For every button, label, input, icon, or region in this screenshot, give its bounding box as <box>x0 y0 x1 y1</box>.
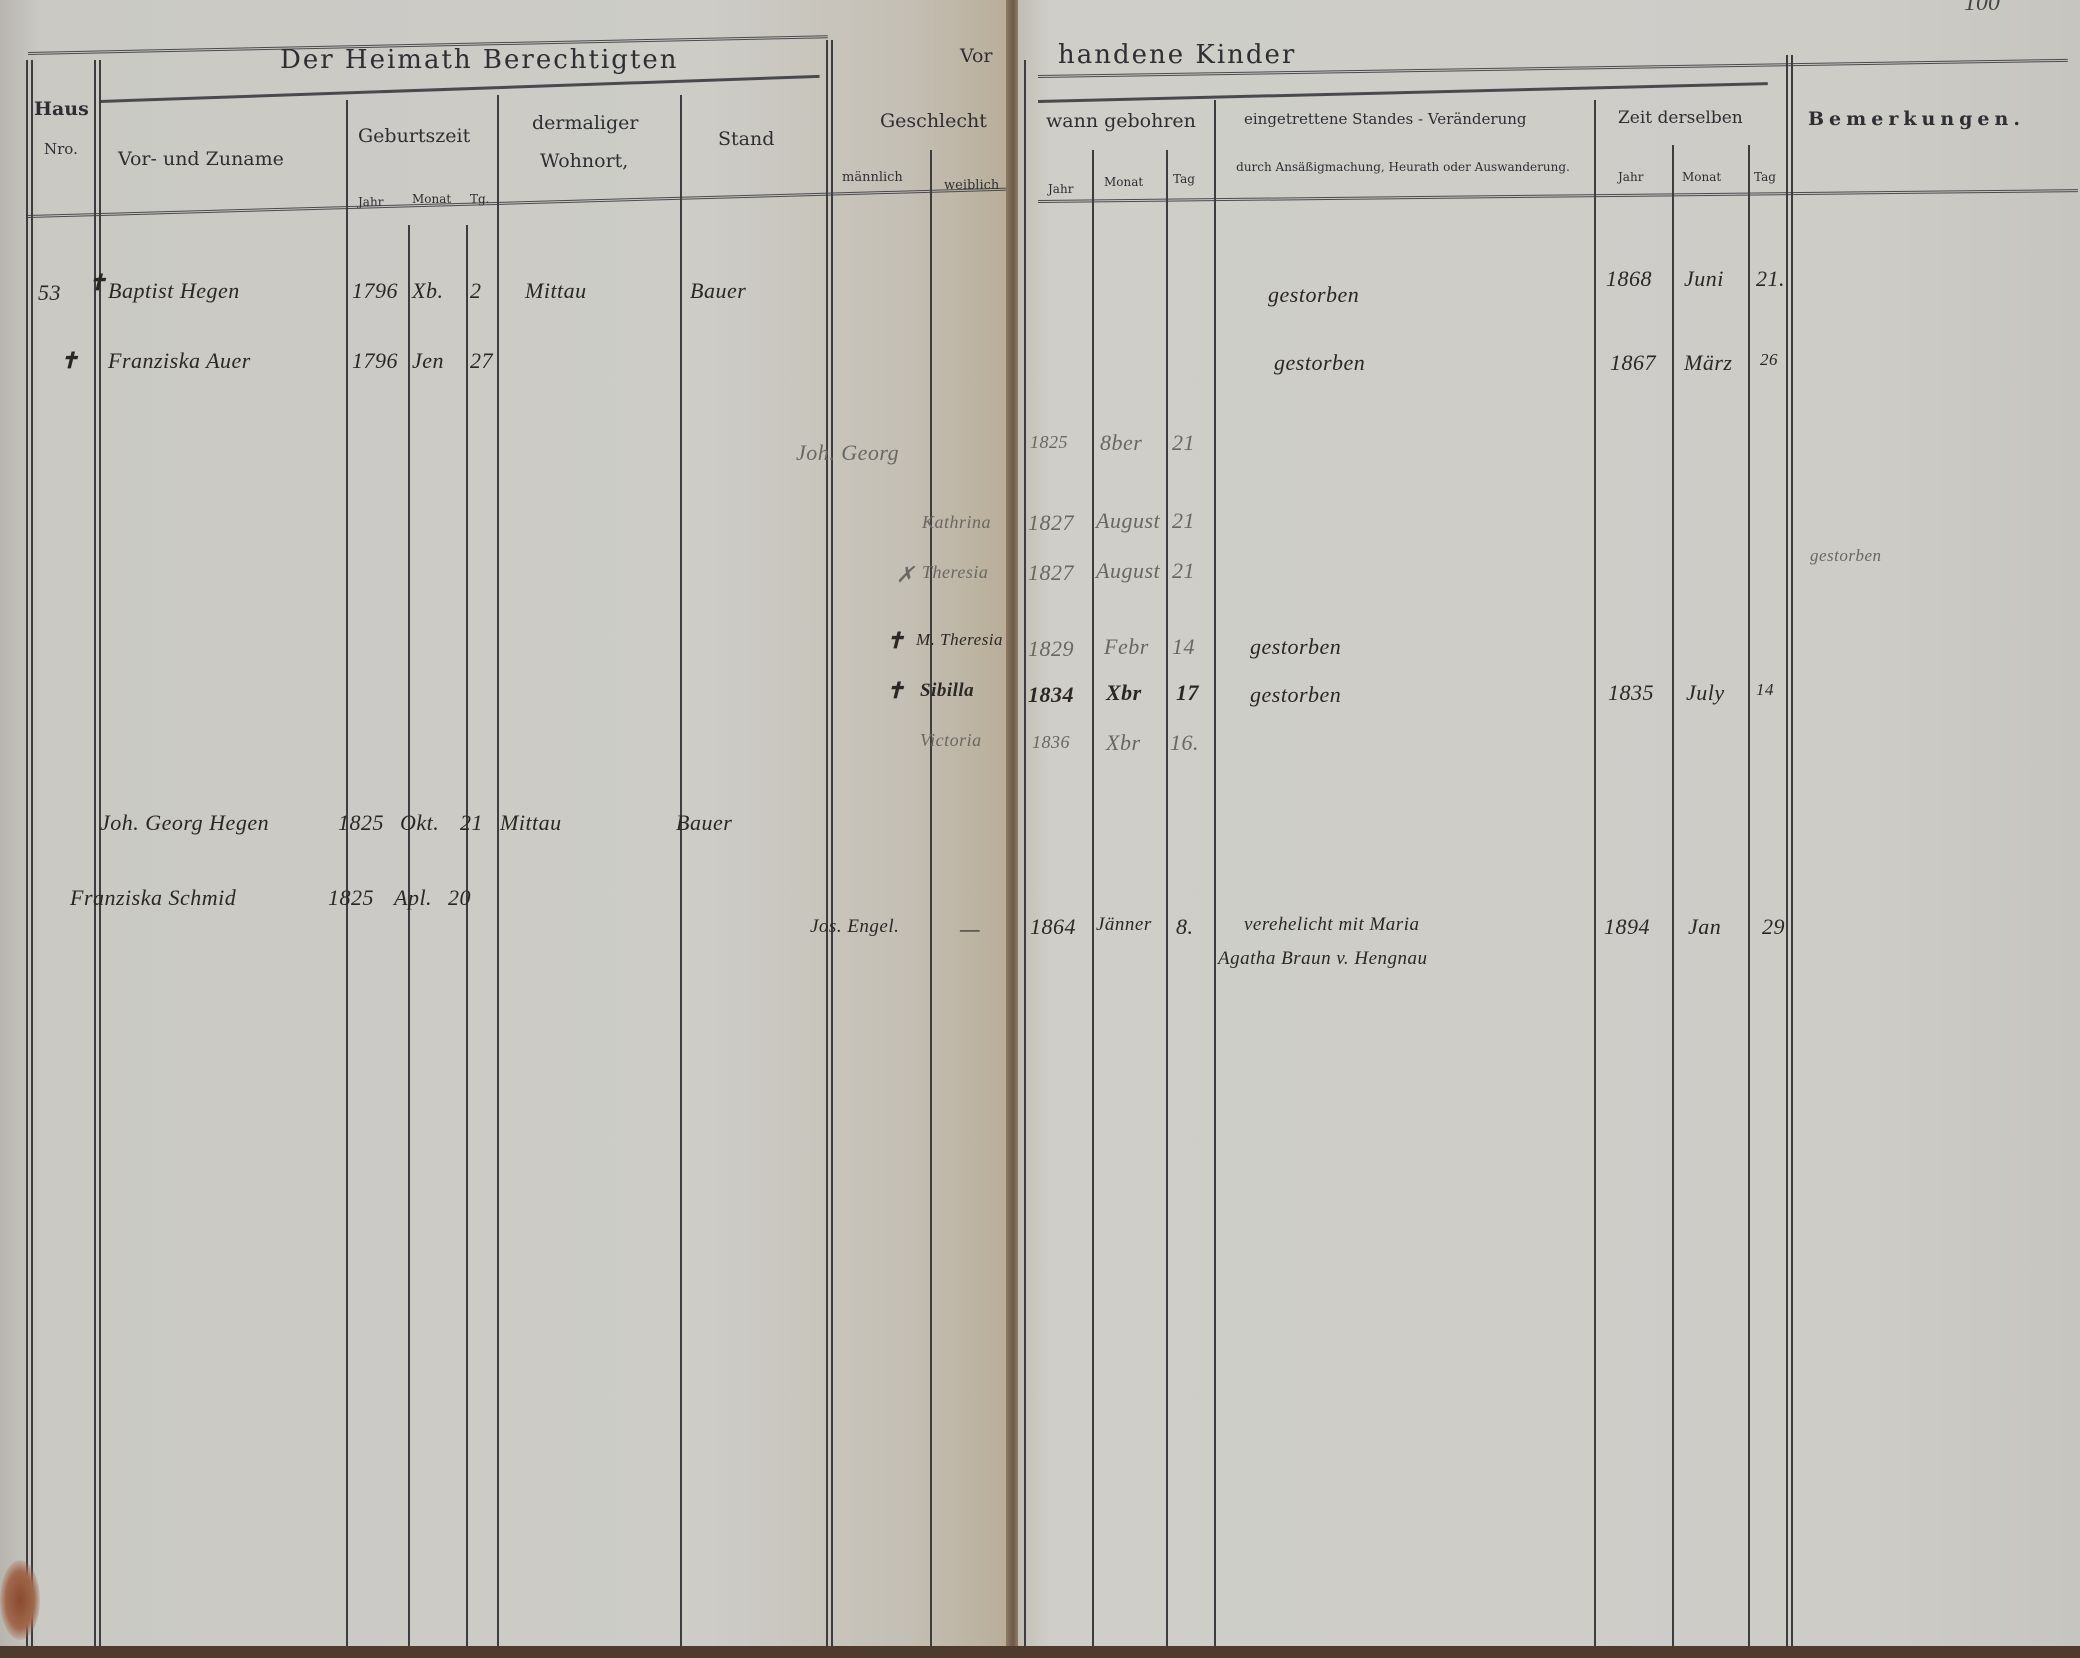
entry-haus-nr: 53 <box>38 280 61 306</box>
entry-stand: Bauer <box>676 810 732 836</box>
header-mid-rule <box>100 75 820 103</box>
death-mark: ✝ <box>60 348 79 374</box>
child-birth-month: Xbr <box>1106 680 1142 706</box>
header-born-year: Jahr <box>1048 182 1073 196</box>
entry-birth-day: 21 <box>460 810 483 836</box>
header-title-left: Der Heimath Berechtigten <box>280 45 679 75</box>
col-rule <box>346 100 348 1646</box>
child-birth-month: Xbr <box>1106 730 1141 756</box>
header-birth-year: Jahr <box>358 195 383 209</box>
child-change-day: 14 <box>1756 680 1774 700</box>
col-rule <box>1594 100 1596 1646</box>
child-birth-day: 21 <box>1172 508 1195 534</box>
child-birth-year: 1825 <box>1030 432 1068 453</box>
header-time-day: Tag <box>1754 170 1776 184</box>
entry-name: Joh. Georg Hegen <box>100 810 269 836</box>
page-stain <box>0 1560 40 1640</box>
entry-birth-month: Apl. <box>394 885 432 911</box>
child-birth-year: 1834 <box>1028 682 1074 708</box>
child-birth-day: 21 <box>1172 430 1195 456</box>
change-day: 21. <box>1756 266 1785 292</box>
child-birth-year: 1836 <box>1032 732 1070 753</box>
child-birth-year: 1829 <box>1028 636 1074 662</box>
child-mark: ✝ <box>886 678 905 704</box>
child-male-name: Joh. Georg <box>796 440 899 466</box>
header-born-day: Tag <box>1173 172 1195 186</box>
col-rule <box>1214 100 1216 1646</box>
col-rule <box>26 60 28 1646</box>
header-change-sub: durch Ansäßigmachung, Heurath oder Auswa… <box>1228 160 1578 174</box>
change-text: gestorben <box>1274 350 1365 376</box>
child-change-month: Jan <box>1688 914 1721 940</box>
child-female-name: Sibilla <box>920 680 974 702</box>
col-rule <box>94 60 96 1646</box>
child-birth-day: 16. <box>1170 730 1199 756</box>
child-mark: ✗ <box>896 562 915 588</box>
child-birth-year: 1827 <box>1028 510 1074 536</box>
header-birth: Geburtszeit <box>358 125 470 147</box>
header-female: weiblich <box>944 178 999 193</box>
child-birth-month: Febr <box>1104 634 1149 660</box>
col-rule <box>1748 145 1750 1646</box>
entry-birth-year: 1796 <box>352 278 398 304</box>
col-rule <box>826 40 828 1646</box>
header-geschlecht: Geschlecht <box>880 110 987 132</box>
entry-birth-day: 2 <box>470 278 482 304</box>
header-vor: Vor <box>960 45 993 67</box>
child-change-text: gestorben <box>1250 682 1341 708</box>
col-rule <box>466 225 468 1646</box>
child-female-name: M. Theresia <box>916 630 1003 650</box>
col-rule <box>497 95 499 1646</box>
entry-stand: Bauer <box>690 278 746 304</box>
child-female-name: Theresia <box>922 562 988 583</box>
header-stand: Stand <box>718 128 774 150</box>
entry-name: Baptist Hegen <box>108 278 240 304</box>
header-birth-day: Tg. <box>470 192 490 206</box>
entry-birth-year: 1825 <box>328 885 374 911</box>
col-rule <box>680 95 682 1646</box>
child-change-text-2: Agatha Braun v. Hengnau <box>1218 948 1428 970</box>
header-born: wann gebohren <box>1046 110 1196 132</box>
child-birth-day: 14 <box>1172 634 1195 660</box>
child-birth-day: 8. <box>1176 914 1194 940</box>
child-change-year: 1835 <box>1608 680 1654 706</box>
header-mid-rule <box>1038 82 1768 103</box>
child-male-name: Jos. Engel. <box>810 916 899 938</box>
child-birth-day: 21 <box>1172 558 1195 584</box>
entry-birth-day: 27 <box>470 348 493 374</box>
header-bottom-rule <box>1038 189 2078 207</box>
entry-name: Franziska Schmid <box>70 885 236 911</box>
entry-birth-year: 1825 <box>338 810 384 836</box>
change-text: gestorben <box>1268 282 1359 308</box>
header-nro: Nro. <box>44 140 78 158</box>
change-day: 26 <box>1760 350 1778 370</box>
change-year: 1867 <box>1610 350 1656 376</box>
col-rule <box>1024 60 1026 1646</box>
header-title-right: handene Kinder <box>1058 40 1296 70</box>
child-female-name: Kathrina <box>922 512 991 533</box>
child-birth-day: 17 <box>1176 680 1199 706</box>
header-name: Vor- und Zuname <box>118 148 284 170</box>
col-rule <box>930 150 932 1646</box>
child-remark: gestorben <box>1810 546 1882 566</box>
child-birth-month: Jänner <box>1096 914 1152 936</box>
child-change-text: gestorben <box>1250 634 1341 660</box>
child-change-month: July <box>1686 680 1725 706</box>
child-birth-month: August <box>1096 508 1160 534</box>
header-born-month: Monat <box>1104 175 1143 189</box>
entry-residence: Mittau <box>525 278 587 304</box>
child-birth-month: August <box>1096 558 1160 584</box>
child-birth-year: 1827 <box>1028 560 1074 586</box>
entry-birth-month: Jen <box>412 348 444 374</box>
child-change-day: 29 <box>1762 914 1785 940</box>
header-birth-month: Monat <box>412 192 451 206</box>
header-bottom-rule <box>28 187 1018 222</box>
col-rule <box>1166 150 1168 1646</box>
child-change-year: 1894 <box>1604 914 1650 940</box>
right-page: 100 handene Kinder wann gebohren Jahr Mo… <box>1018 0 2080 1658</box>
header-change: eingetrettene Standes - Veränderung <box>1244 110 1527 128</box>
entry-birth-year: 1796 <box>352 348 398 374</box>
header-residence-1: dermaliger <box>532 112 638 134</box>
col-rule <box>408 225 410 1646</box>
book-edge <box>0 1646 2080 1658</box>
page-number: 100 <box>1964 0 2000 17</box>
change-month: März <box>1684 350 1732 376</box>
child-birth-month: 8ber <box>1100 430 1142 456</box>
death-mark: ✝ <box>88 270 107 296</box>
header-time-month: Monat <box>1682 170 1721 184</box>
child-female-name: — <box>960 916 980 942</box>
header-residence-2: Wohnort, <box>540 150 628 172</box>
left-page: Der Heimath Berechtigten Vor Haus Nro. V… <box>0 0 1010 1658</box>
change-year: 1868 <box>1606 266 1652 292</box>
header-haus: Haus <box>34 98 89 120</box>
child-female-name: Victoria <box>920 730 982 751</box>
header-time: Zeit derselben <box>1618 108 1743 128</box>
header-male: männlich <box>842 170 903 185</box>
entry-residence: Mittau <box>500 810 562 836</box>
header-remarks: Bemerkungen. <box>1808 108 2025 130</box>
header-time-year: Jahr <box>1618 170 1643 184</box>
col-rule <box>1672 145 1674 1646</box>
entry-birth-day: 20 <box>448 885 471 911</box>
entry-birth-month: Okt. <box>400 810 439 836</box>
col-rule <box>1786 55 1788 1646</box>
change-month: Juni <box>1684 266 1724 292</box>
entry-name: Franziska Auer <box>108 348 251 374</box>
child-mark: ✝ <box>886 628 905 654</box>
child-change-text: verehelicht mit Maria <box>1244 914 1419 936</box>
child-birth-year: 1864 <box>1030 914 1076 940</box>
col-rule <box>1092 150 1094 1646</box>
entry-birth-month: Xb. <box>412 278 443 304</box>
